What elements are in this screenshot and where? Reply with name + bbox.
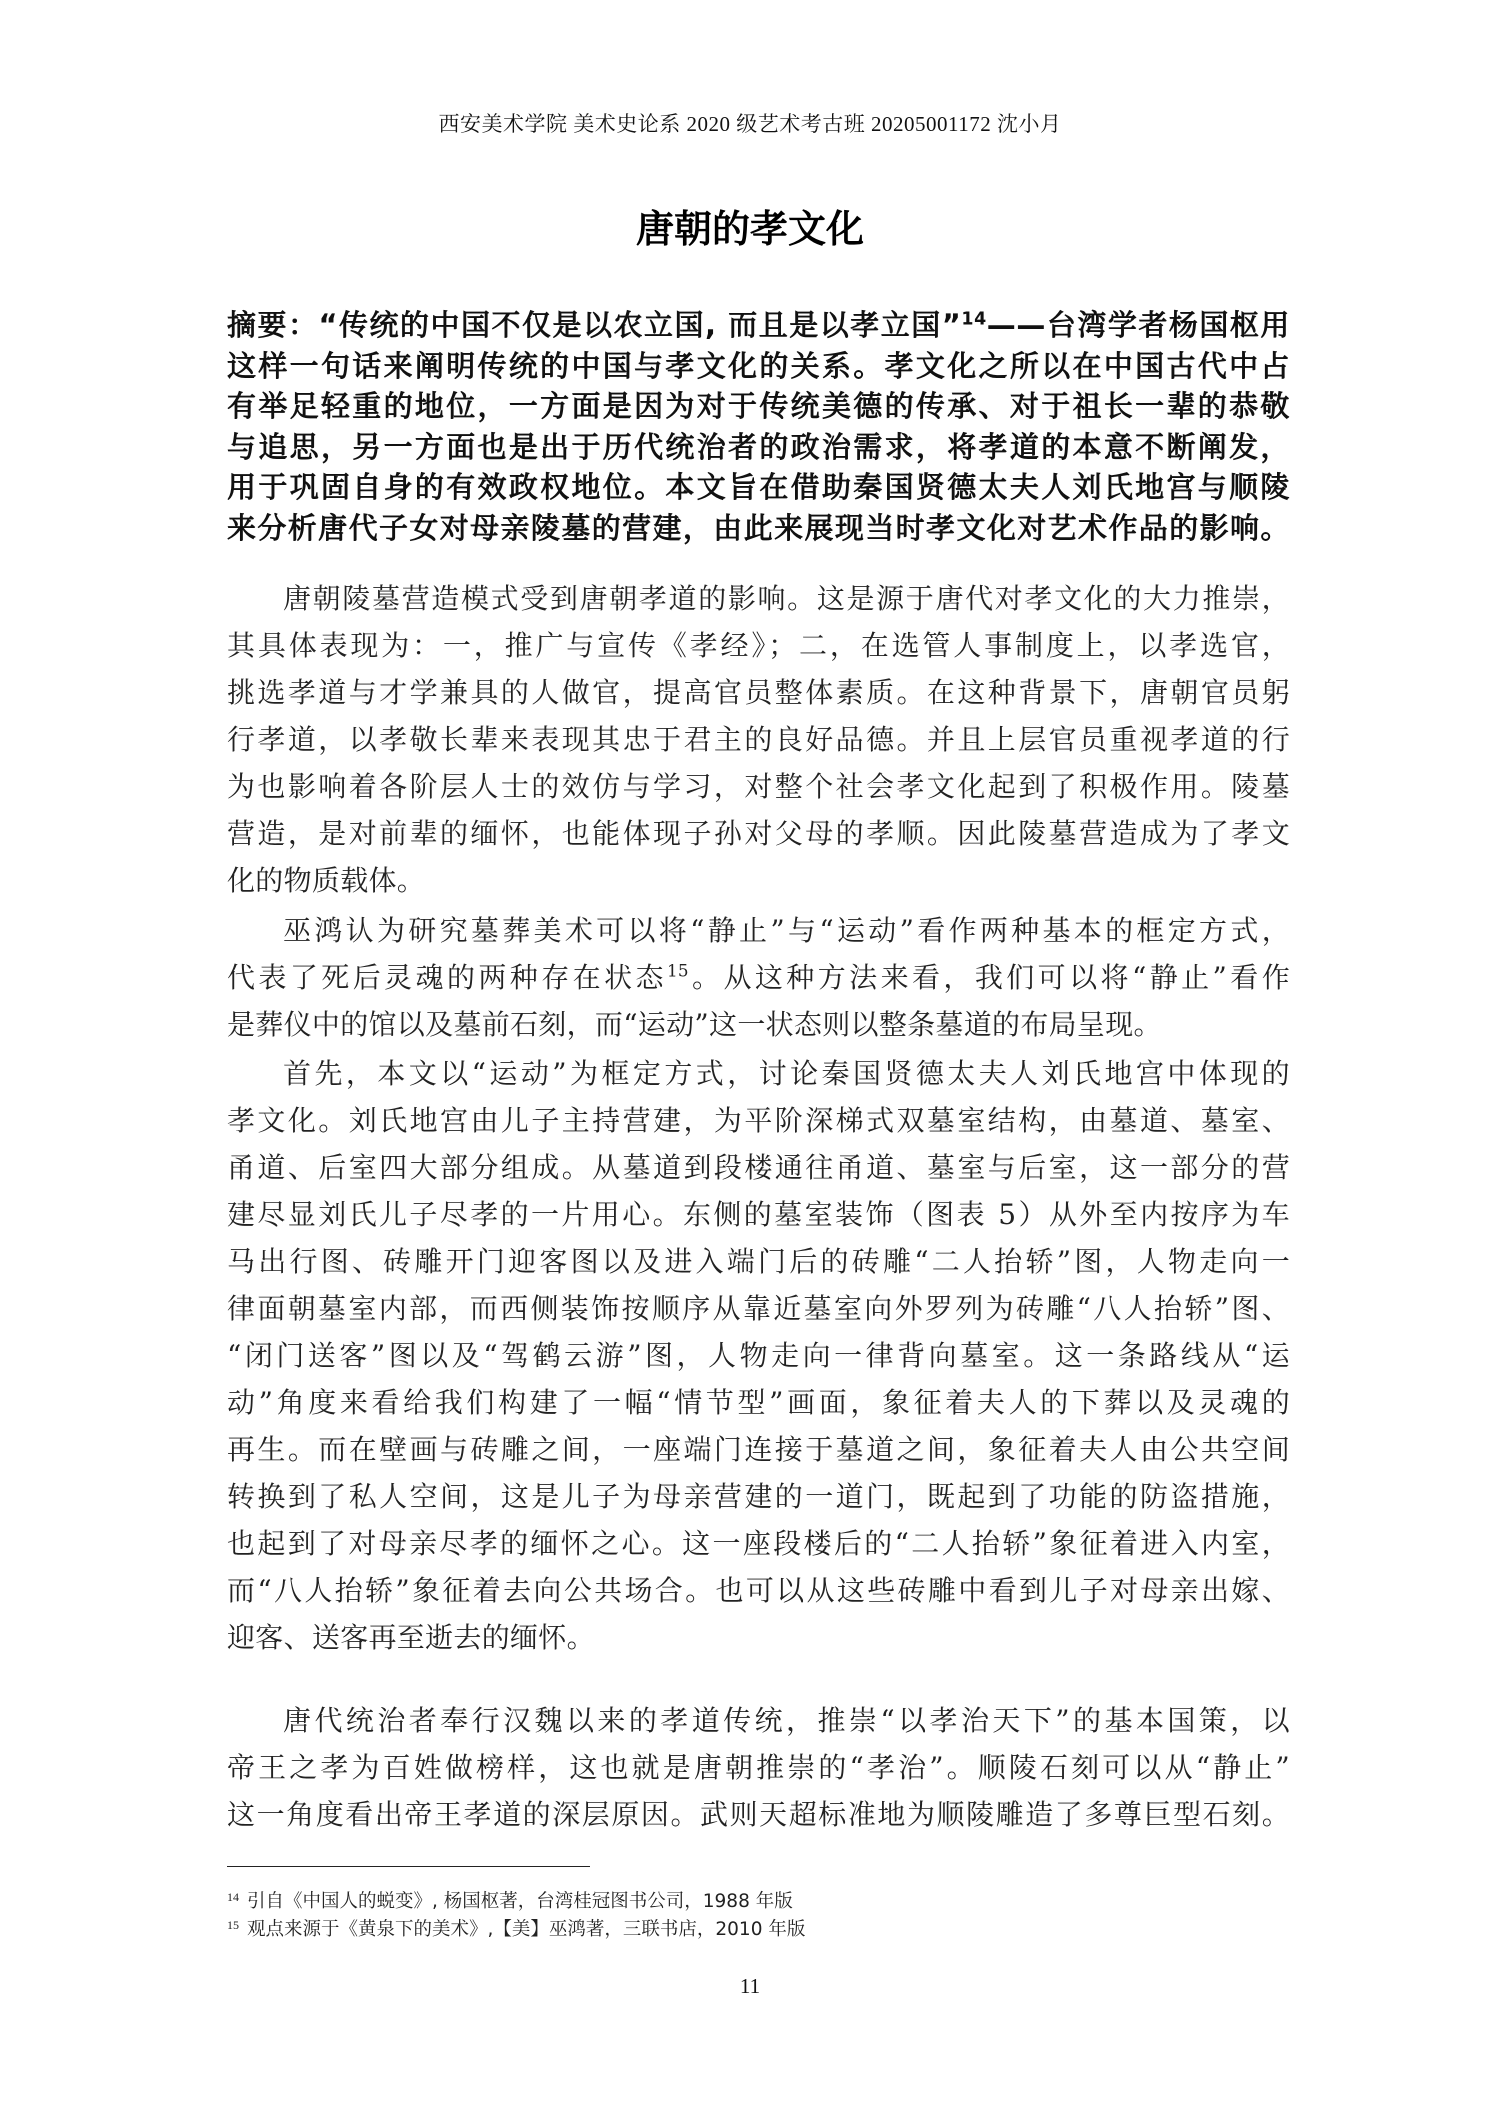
paragraph-line: 马出行图、砖雕开门迎客图以及进入端门后的砖雕“二人抬轿”图，人物走向一 xyxy=(227,1238,1290,1285)
paragraph-line: 行孝道，以孝敬长辈来表现其忠于君主的良好品德。并且上层官员重视孝道的行 xyxy=(227,716,1290,763)
paragraph-line: 建尽显刘氏儿子尽孝的一片用心。东侧的墓室装饰（图表 5）从外至内按序为车 xyxy=(227,1191,1290,1238)
paragraph-line: 化的物质载体。 xyxy=(227,857,1290,904)
abstract-text: 摘要：“传统的中国不仅是以农立国, 而且是以孝立国” xyxy=(227,308,961,342)
footnotes: 14引自《中国人的蜕变》, 杨国枢著，台湾桂冠图书公司，1988 年版 15观点… xyxy=(227,1888,1290,1944)
paragraph-line: 巫鸿认为研究墓葬美术可以将“静止”与“运动”看作两种基本的框定方式， xyxy=(227,907,1290,954)
footnote-ref-15[interactable]: 15 xyxy=(667,961,689,981)
paragraph-text: 。从这种方法来看，我们可以将“静止”看作 xyxy=(689,961,1290,994)
paragraph-line: 这一角度看出帝王孝道的深层原因。武则天超标准地为顺陵雕造了多尊巨型石刻。 xyxy=(227,1791,1290,1838)
abstract-line: 与追思，另一方面也是出于历代统治者的政治需求，将孝道的本意不断阐发， xyxy=(227,427,1290,468)
paragraph-line: 是葬仪中的馆以及墓前石刻，而“运动”这一状态则以整条墓道的布局呈现。 xyxy=(227,1001,1290,1048)
paragraph-line: 而“八人抬轿”象征着去向公共场合。也可以从这些砖雕中看到儿子对母亲出嫁、 xyxy=(227,1567,1290,1614)
paragraph-1: 唐朝陵墓营造模式受到唐朝孝道的影响。这是源于唐代对孝文化的大力推崇， 其具体表现… xyxy=(227,575,1290,904)
footnote-ref-14[interactable]: 14 xyxy=(961,309,986,329)
paragraph-line: 律面朝墓室内部，而西侧装饰按顺序从靠近墓室向外罗列为砖雕“八人抬轿”图、 xyxy=(227,1285,1290,1332)
footnote-14: 14引自《中国人的蜕变》, 杨国枢著，台湾桂冠图书公司，1988 年版 xyxy=(227,1888,1290,1916)
paragraph-line: 首先，本文以“运动”为框定方式，讨论秦国贤德太夫人刘氏地宫中体现的 xyxy=(227,1050,1290,1097)
abstract-line: 有举足轻重的地位，一方面是因为对于传统美德的传承、对于祖长一辈的恭敬 xyxy=(227,386,1290,427)
abstract-text: ——台湾学者杨国枢用 xyxy=(987,308,1290,342)
footnote-number: 14 xyxy=(227,1890,239,1904)
paragraph-line: 营造，是对前辈的缅怀，也能体现子孙对父母的孝顺。因此陵墓营造成为了孝文 xyxy=(227,810,1290,857)
footnote-text: 观点来源于《黄泉下的美术》,【美】巫鸿著，三联书店，2010 年版 xyxy=(247,1919,805,1940)
paragraph-2: 巫鸿认为研究墓葬美术可以将“静止”与“运动”看作两种基本的框定方式， 代表了死后… xyxy=(227,907,1290,1048)
footnote-text: 引自《中国人的蜕变》, 杨国枢著，台湾桂冠图书公司，1988 年版 xyxy=(247,1891,793,1912)
page-number: 11 xyxy=(0,1974,1500,1999)
paragraph-line: 挑选孝道与才学兼具的人做官，提高官员整体素质。在这种背景下，唐朝官员躬 xyxy=(227,669,1290,716)
paragraph-line: 也起到了对母亲尽孝的缅怀之心。这一座段楼后的“二人抬轿”象征着进入内室， xyxy=(227,1520,1290,1567)
paragraph-line: 唐朝陵墓营造模式受到唐朝孝道的影响。这是源于唐代对孝文化的大力推崇， xyxy=(227,575,1290,622)
paragraph-text: 代表了死后灵魂的两种存在状态 xyxy=(227,961,667,994)
paragraph-line: 转换到了私人空间，这是儿子为母亲营建的一道门，既起到了功能的防盗措施， xyxy=(227,1473,1290,1520)
paragraph-line: 再生。而在壁画与砖雕之间，一座端门连接于墓道之间，象征着夫人由公共空间 xyxy=(227,1426,1290,1473)
footnote-15: 15观点来源于《黄泉下的美术》,【美】巫鸿著，三联书店，2010 年版 xyxy=(227,1916,1290,1944)
page-title: 唐朝的孝文化 xyxy=(0,198,1500,253)
footnote-separator xyxy=(227,1866,590,1867)
abstract-line: 来分析唐代子女对母亲陵墓的营建，由此来展现当时孝文化对艺术作品的影响。 xyxy=(227,508,1290,549)
page-header: 西安美术学院 美术史论系 2020 级艺术考古班 20205001172 沈小月 xyxy=(0,108,1500,138)
paragraph-3: 首先，本文以“运动”为框定方式，讨论秦国贤德太夫人刘氏地宫中体现的 孝文化。刘氏… xyxy=(227,1050,1290,1661)
paragraph-line: 孝文化。刘氏地宫由儿子主持营建，为平阶深梯式双墓室结构，由墓道、墓室、 xyxy=(227,1097,1290,1144)
paragraph-line: “闭门送客”图以及“驾鹤云游”图，人物走向一律背向墓室。这一条路线从“运 xyxy=(227,1332,1290,1379)
paragraph-line: 唐代统治者奉行汉魏以来的孝道传统，推崇“以孝治天下”的基本国策，以 xyxy=(227,1697,1290,1744)
footnote-number: 15 xyxy=(227,1918,239,1932)
abstract-line: 用于巩固自身的有效政权地位。本文旨在借助秦国贤德太夫人刘氏地宫与顺陵 xyxy=(227,467,1290,508)
paragraph-line: 其具体表现为：一，推广与宣传《孝经》；二，在选管人事制度上，以孝选官， xyxy=(227,622,1290,669)
abstract-line: 摘要：“传统的中国不仅是以农立国, 而且是以孝立国”14——台湾学者杨国枢用 xyxy=(227,305,1290,346)
paragraph-line: 代表了死后灵魂的两种存在状态15。从这种方法来看，我们可以将“静止”看作 xyxy=(227,954,1290,1001)
paragraph-4: 唐代统治者奉行汉魏以来的孝道传统，推崇“以孝治天下”的基本国策，以 帝王之孝为百… xyxy=(227,1697,1290,1838)
abstract: 摘要：“传统的中国不仅是以农立国, 而且是以孝立国”14——台湾学者杨国枢用 这… xyxy=(227,305,1290,548)
paragraph-line: 甬道、后室四大部分组成。从墓道到段楼通往甬道、墓室与后室，这一部分的营 xyxy=(227,1144,1290,1191)
paragraph-line: 迎客、送客再至逝去的缅怀。 xyxy=(227,1614,1290,1661)
paragraph-line: 动”角度来看给我们构建了一幅“情节型”画面，象征着夫人的下葬以及灵魂的 xyxy=(227,1379,1290,1426)
paragraph-line: 为也影响着各阶层人士的效仿与学习，对整个社会孝文化起到了积极作用。陵墓 xyxy=(227,763,1290,810)
abstract-line: 这样一句话来阐明传统的中国与孝文化的关系。孝文化之所以在中国古代中占 xyxy=(227,346,1290,387)
paragraph-line: 帝王之孝为百姓做榜样，这也就是唐朝推崇的“孝治”。顺陵石刻可以从“静止” xyxy=(227,1744,1290,1791)
